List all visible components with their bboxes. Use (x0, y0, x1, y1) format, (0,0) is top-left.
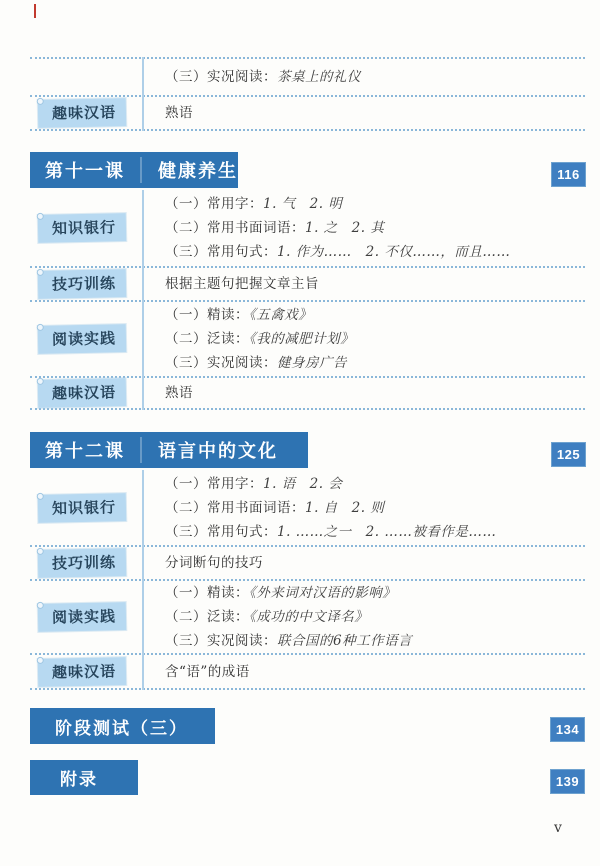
tag-label: 趣味汉语 (52, 384, 116, 402)
toc-scanned-page: （三）实况阅读：茶桌上的礼仪 趣味汉语 熟语 第十一课 健康养生 116 知识银… (0, 0, 600, 866)
toc-entry: （一）精读：《五禽戏》 (165, 303, 585, 327)
toc-entry: 分词断句的技巧 (165, 551, 585, 575)
entry-title-text: 《外来词对汉语的影响》 (249, 585, 396, 601)
toc-entry: （三）实况阅读：健身房广告 (165, 351, 585, 375)
entry-title-text: 联合国的6种工作语言 (277, 633, 412, 649)
tag-label: 趣味汉语 (52, 104, 116, 122)
table-row: 阅读实践 （一）精读：《五禽戏》 （二）泛读：《我的减肥计划》 （三）实况阅读：… (30, 302, 585, 378)
entry-text: 根据主题句把握文章主旨 (165, 276, 319, 292)
tag-skill-training: 技巧训练 (38, 269, 127, 299)
table-row: 知识银行 （一）常用字：1. 语 2. 会 （二）常用书面词语：1. 自 2. … (30, 470, 585, 547)
appendix-title: 附录 (60, 765, 98, 790)
appendix-bar: 附录 (30, 760, 138, 795)
entry-text: 含“语”的成语 (165, 664, 250, 680)
table-row: 知识银行 （一）常用字：1. 气 2. 明 （二）常用书面词语：1. 之 2. … (30, 190, 585, 268)
content-cell: 分词断句的技巧 (142, 551, 585, 575)
label-cell: 趣味汉语 (30, 658, 142, 686)
lesson-title: 健康养生 (158, 157, 238, 183)
toc-entry: （一）常用字：1. 语 2. 会 (165, 472, 585, 496)
pin-dot-icon (37, 98, 44, 105)
content-cell: 熟语 (142, 381, 585, 405)
entry-title-text: 1. 语 2. 会 (263, 476, 342, 492)
entry-text: 熟语 (165, 385, 193, 401)
toc-entry: （三）常用句式：1. ……之一 2. ……被看作是…… (165, 520, 585, 544)
pin-dot-icon (37, 213, 44, 220)
entry-title-text: 1. 之 2. 其 (305, 220, 384, 236)
label-cell: 技巧训练 (30, 270, 142, 298)
entry-title-text: 1. ……之一 2. ……被看作是…… (277, 524, 496, 540)
pin-dot-icon (37, 378, 44, 385)
tag-label: 知识银行 (52, 219, 116, 237)
tag-fun-chinese: 趣味汉语 (38, 657, 127, 687)
entry-text: 分词断句的技巧 (165, 555, 263, 571)
entry-text: （二）常用书面词语： (165, 500, 305, 516)
column-divider (142, 57, 144, 131)
page-number-badge: 116 (552, 163, 585, 186)
content-cell: （一）常用字：1. 语 2. 会 （二）常用书面词语：1. 自 2. 则 （三）… (142, 472, 585, 544)
table-row: 技巧训练 根据主题句把握文章主旨 (30, 268, 585, 302)
page-number-badge: 134 (551, 718, 584, 741)
entry-text: （一）常用字： (165, 196, 263, 212)
tag-skill-training: 技巧训练 (38, 548, 127, 578)
toc-entry: （二）常用书面词语：1. 之 2. 其 (165, 216, 585, 240)
toc-entry: （二）泛读：《我的减肥计划》 (165, 327, 585, 351)
entry-text: （三）常用句式： (165, 244, 277, 260)
label-cell: 趣味汉语 (30, 99, 142, 127)
tag-reading-practice: 阅读实践 (38, 602, 127, 632)
content-cell: 根据主题句把握文章主旨 (142, 272, 585, 296)
entry-text: （一）常用字： (165, 476, 263, 492)
lesson-title: 语言中的文化 (158, 437, 278, 463)
lesson-12-header: 第十二课 语言中的文化 125 (30, 432, 585, 468)
entry-text: （二）常用书面词语： (165, 220, 305, 236)
entry-text: （三）实况阅读： (165, 633, 277, 649)
folio-page-number: v (548, 820, 568, 836)
table-row: 趣味汉语 熟语 (30, 378, 585, 410)
tag-knowledge-bank: 知识银行 (38, 213, 127, 243)
content-cell: （一）精读：《五禽戏》 （二）泛读：《我的减肥计划》 （三）实况阅读：健身房广告 (142, 303, 585, 375)
tag-reading-practice: 阅读实践 (38, 324, 127, 354)
toc-entry: （三）实况阅读：茶桌上的礼仪 (165, 65, 585, 89)
table-row: 技巧训练 分词断句的技巧 (30, 547, 585, 581)
entry-title-text: 茶桌上的礼仪 (277, 69, 361, 85)
lesson-title-bar: 第十二课 语言中的文化 (30, 432, 308, 468)
entry-text: （二）泛读： (165, 331, 249, 347)
column-divider (142, 470, 144, 690)
entry-title-text: 《五禽戏》 (249, 307, 312, 323)
lesson-12-body: 知识银行 （一）常用字：1. 语 2. 会 （二）常用书面词语：1. 自 2. … (30, 470, 585, 690)
tag-fun-chinese: 趣味汉语 (38, 98, 127, 128)
lesson-11-header: 第十一课 健康养生 116 (30, 152, 585, 188)
pin-dot-icon (37, 492, 44, 499)
toc-entry: （一）精读：《外来词对汉语的影响》 (165, 581, 585, 605)
entry-text: （三）实况阅读： (165, 69, 277, 85)
content-cell: （一）常用字：1. 气 2. 明 （二）常用书面词语：1. 之 2. 其 （三）… (142, 192, 585, 264)
lesson-number: 第十二课 (30, 437, 142, 463)
content-cell: （三）实况阅读：茶桌上的礼仪 (142, 65, 585, 89)
lesson-number: 第十一课 (30, 157, 142, 183)
entry-title-text: 1. 作为…… 2. 不仅……，而且…… (277, 244, 510, 260)
content-cell: （一）精读：《外来词对汉语的影响》 （二）泛读：《成功的中文译名》 （三）实况阅… (142, 581, 585, 653)
lesson-11-body: 知识银行 （一）常用字：1. 气 2. 明 （二）常用书面词语：1. 之 2. … (30, 190, 585, 410)
tag-label: 趣味汉语 (52, 663, 116, 681)
tag-label: 技巧训练 (52, 275, 116, 293)
tag-knowledge-bank: 知识银行 (38, 493, 127, 523)
pin-dot-icon (37, 656, 44, 663)
toc-entry: （二）常用书面词语：1. 自 2. 则 (165, 496, 585, 520)
toc-entry: 熟语 (165, 381, 585, 405)
toc-entry: 含“语”的成语 (165, 660, 585, 684)
content-cell: 熟语 (142, 101, 585, 125)
toc-entry: （三）常用句式：1. 作为…… 2. 不仅……，而且…… (165, 240, 585, 264)
label-cell: 阅读实践 (30, 325, 142, 353)
table-row: 阅读实践 （一）精读：《外来词对汉语的影响》 （二）泛读：《成功的中文译名》 （… (30, 581, 585, 655)
entry-title-text: 《成功的中文译名》 (249, 609, 368, 625)
entry-text: （一）精读： (165, 585, 249, 601)
entry-text: （一）精读： (165, 307, 249, 323)
content-cell: 含“语”的成语 (142, 660, 585, 684)
stage-test-bar: 阶段测试（三） (30, 708, 215, 744)
pin-dot-icon (37, 324, 44, 331)
entry-text: （三）实况阅读： (165, 355, 277, 371)
toc-entry: （一）常用字：1. 气 2. 明 (165, 192, 585, 216)
lesson-title-bar: 第十一课 健康养生 (30, 152, 238, 188)
column-divider (142, 190, 144, 410)
toc-entry: （三）实况阅读：联合国的6种工作语言 (165, 629, 585, 653)
previous-lesson-tail-block: （三）实况阅读：茶桌上的礼仪 趣味汉语 熟语 (30, 57, 585, 131)
table-row: 趣味汉语 熟语 (30, 97, 585, 131)
label-cell: 阅读实践 (30, 603, 142, 631)
toc-entry: （二）泛读：《成功的中文译名》 (165, 605, 585, 629)
tag-fun-chinese: 趣味汉语 (38, 378, 127, 408)
entry-title-text: 1. 气 2. 明 (263, 196, 342, 212)
page-number-badge: 125 (552, 443, 585, 466)
pin-dot-icon (37, 269, 44, 276)
pin-dot-icon (37, 602, 44, 609)
entry-text: （二）泛读： (165, 609, 249, 625)
table-row: （三）实况阅读：茶桌上的礼仪 (30, 57, 585, 97)
entry-title-text: 1. 自 2. 则 (305, 500, 384, 516)
entry-text: 熟语 (165, 105, 193, 121)
scan-artifact-mark (34, 4, 36, 18)
pin-dot-icon (37, 548, 44, 555)
label-cell: 技巧训练 (30, 549, 142, 577)
stage-test-title: 阶段测试（三） (55, 714, 188, 739)
toc-entry: 熟语 (165, 101, 585, 125)
page-number-badge: 139 (551, 770, 584, 793)
tag-label: 知识银行 (52, 499, 116, 517)
label-cell: 趣味汉语 (30, 379, 142, 407)
tag-label: 阅读实践 (52, 330, 116, 348)
tag-label: 技巧训练 (52, 554, 116, 572)
label-cell: 知识银行 (30, 214, 142, 242)
entry-text: （三）常用句式： (165, 524, 277, 540)
table-row: 趣味汉语 含“语”的成语 (30, 655, 585, 690)
toc-entry: 根据主题句把握文章主旨 (165, 272, 585, 296)
entry-title-text: 《我的减肥计划》 (249, 331, 354, 347)
entry-title-text: 健身房广告 (277, 355, 347, 371)
label-cell: 知识银行 (30, 494, 142, 522)
tag-label: 阅读实践 (52, 608, 116, 626)
